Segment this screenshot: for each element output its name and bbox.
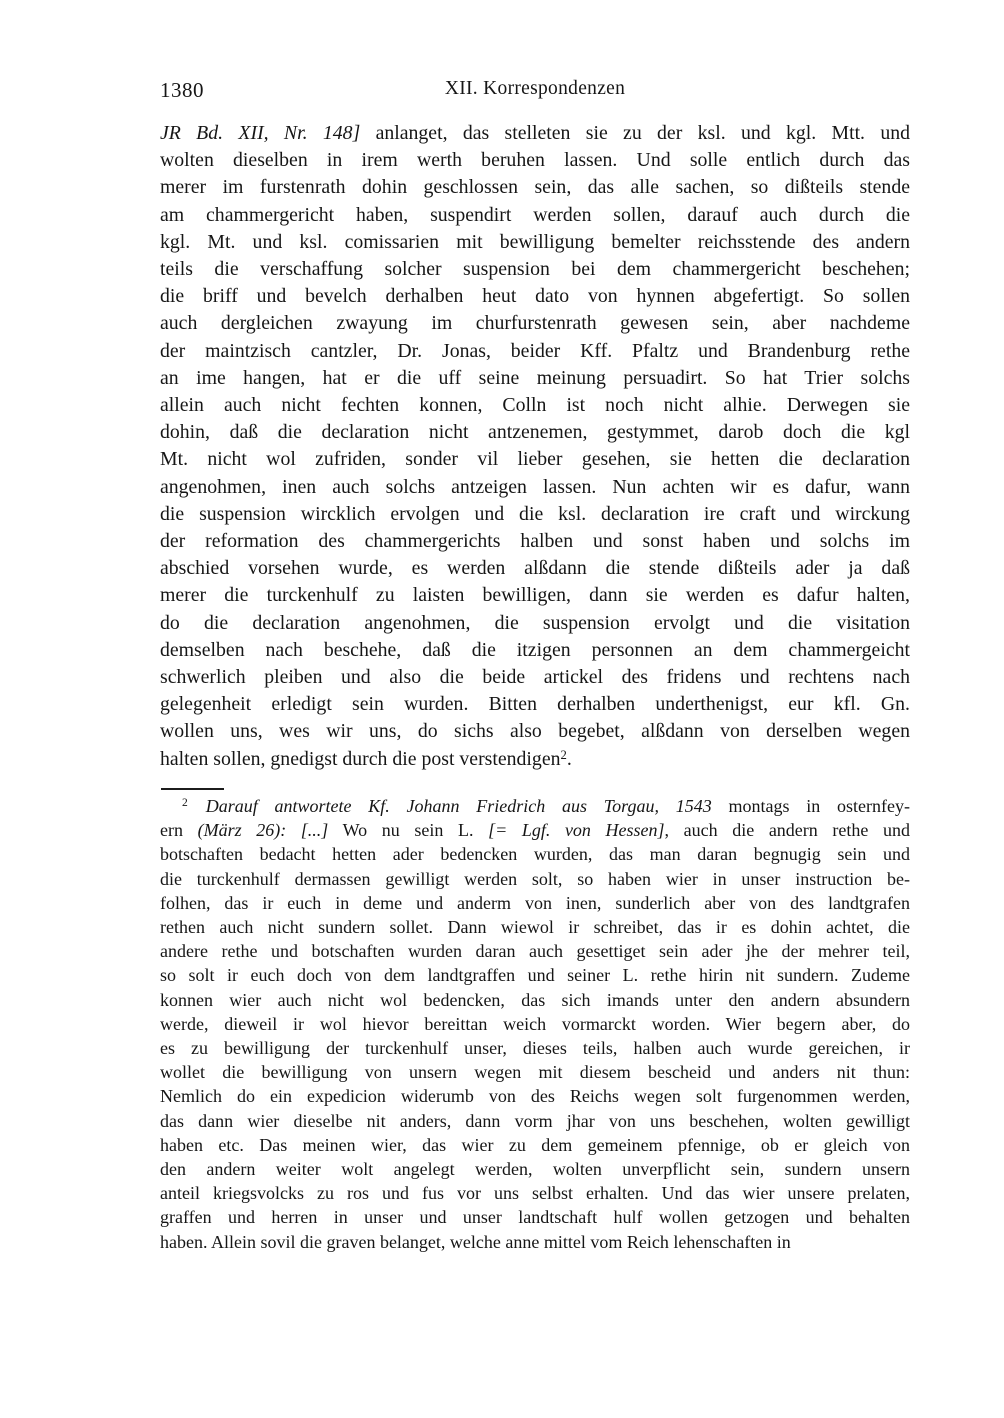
text-line: die briff und bevelch derhalben heut dat…	[160, 283, 910, 310]
book-page: 1380 XII. Korrespondenzen JR Bd. XII, Nr…	[0, 0, 1004, 1418]
text-line: botschaften bedacht hetten ader bedencke…	[160, 842, 910, 866]
text-line: auch dergleichen zwayung im churfurstenr…	[160, 310, 910, 337]
text-line: das dann wier dieselbe nit anders, dann …	[160, 1109, 910, 1133]
text-line: Nemlich do ein expedicion widerumb von d…	[160, 1084, 910, 1108]
text-line: andere rethe und botschaften wurden dara…	[160, 939, 910, 963]
text-line: der reformation des chammergerichts halb…	[160, 528, 910, 555]
footnote-reference: 2	[182, 797, 188, 809]
footnote-block: 2 Darauf antwortete Kf. Johann Friedrich…	[160, 794, 910, 1254]
text-line: dohin, daß die declaration nicht antzene…	[160, 419, 910, 446]
text-line: werde, dieweil ir wol hievor bereittan w…	[160, 1012, 910, 1036]
text-line: wollen uns, wes wir uns, do sichs also b…	[160, 718, 910, 745]
text-line: rethen auch nicht sundern sollet. Dann w…	[160, 915, 910, 939]
text-line: gelegenheit erledigt sein wurden. Bitten…	[160, 691, 910, 718]
text-line: so solt ir euch doch von dem landtgraffe…	[160, 963, 910, 987]
text-line: an ime hangen, hat er die uff seine mein…	[160, 365, 910, 392]
text-line: abschied vorsehen wurde, es werden alßda…	[160, 555, 910, 582]
text-line: allein auch nicht fechten konnen, Colln …	[160, 392, 910, 419]
text-line: es zu bewilligung der turckenhulf unser,…	[160, 1036, 910, 1060]
text-line: die turckenhulf dermassen gewilligt werd…	[160, 867, 910, 891]
text-line: anteil kriegsvolcks zu ros und fus vor u…	[160, 1181, 910, 1205]
main-text-block: JR Bd. XII, Nr. 148] anlanget, das stell…	[160, 120, 910, 773]
running-title: XII. Korrespondenzen	[160, 78, 910, 100]
text-line: schwerlich pleiben und also die beide ar…	[160, 664, 910, 691]
footnote-separator	[161, 788, 224, 790]
text-line: konnen wier auch nicht wol bedencken, da…	[160, 988, 910, 1012]
running-header: 1380 XII. Korrespondenzen	[160, 78, 910, 100]
text-line: der maintzisch cantzler, Dr. Jonas, beid…	[160, 338, 910, 365]
text-line: merer im furstenrath dohin geschlossen s…	[160, 174, 910, 201]
text-line: Mt. nicht wol zufriden, sonder vil liebe…	[160, 446, 910, 473]
text-line: haben. Allein sovil die graven belanget,…	[160, 1230, 910, 1254]
text-line: merer die turckenhulf zu laisten bewilli…	[160, 582, 910, 609]
text-line: die suspension wircklich ervolgen und di…	[160, 501, 910, 528]
text-line: haben etc. Das meinen wier, das wier zu …	[160, 1133, 910, 1157]
text-line: wollet die bewilligung von unsern wegen …	[160, 1060, 910, 1084]
text-line: am chammergericht haben, suspendirt werd…	[160, 202, 910, 229]
text-line: halten sollen, gnedigst durch die post v…	[160, 746, 910, 773]
text-line: JR Bd. XII, Nr. 148] anlanget, das stell…	[160, 120, 910, 147]
text-line: den andern weiter wolt angelegt werden, …	[160, 1157, 910, 1181]
text-line: angenohmen, inen auch solchs antzeigen l…	[160, 474, 910, 501]
text-line: graffen und herren in unser und unser la…	[160, 1205, 910, 1229]
text-line: folhen, das ir euch in deme und anderm v…	[160, 891, 910, 915]
text-line: wolten dieselben in irem werth beruhen l…	[160, 147, 910, 174]
text-line: demselben nach beschehe, daß die itzigen…	[160, 637, 910, 664]
text-line: teils die verschaffung solcher suspensio…	[160, 256, 910, 283]
text-line: kgl. Mt. und ksl. comissarien mit bewill…	[160, 229, 910, 256]
text-line: do die declaration angenohmen, die suspe…	[160, 610, 910, 637]
text-line: ern (März 26): [...] Wo nu sein L. [= Lg…	[160, 818, 910, 842]
text-line: 2 Darauf antwortete Kf. Johann Friedrich…	[160, 794, 910, 818]
page-number: 1380	[160, 78, 204, 103]
footnote-reference: 2	[560, 748, 566, 762]
